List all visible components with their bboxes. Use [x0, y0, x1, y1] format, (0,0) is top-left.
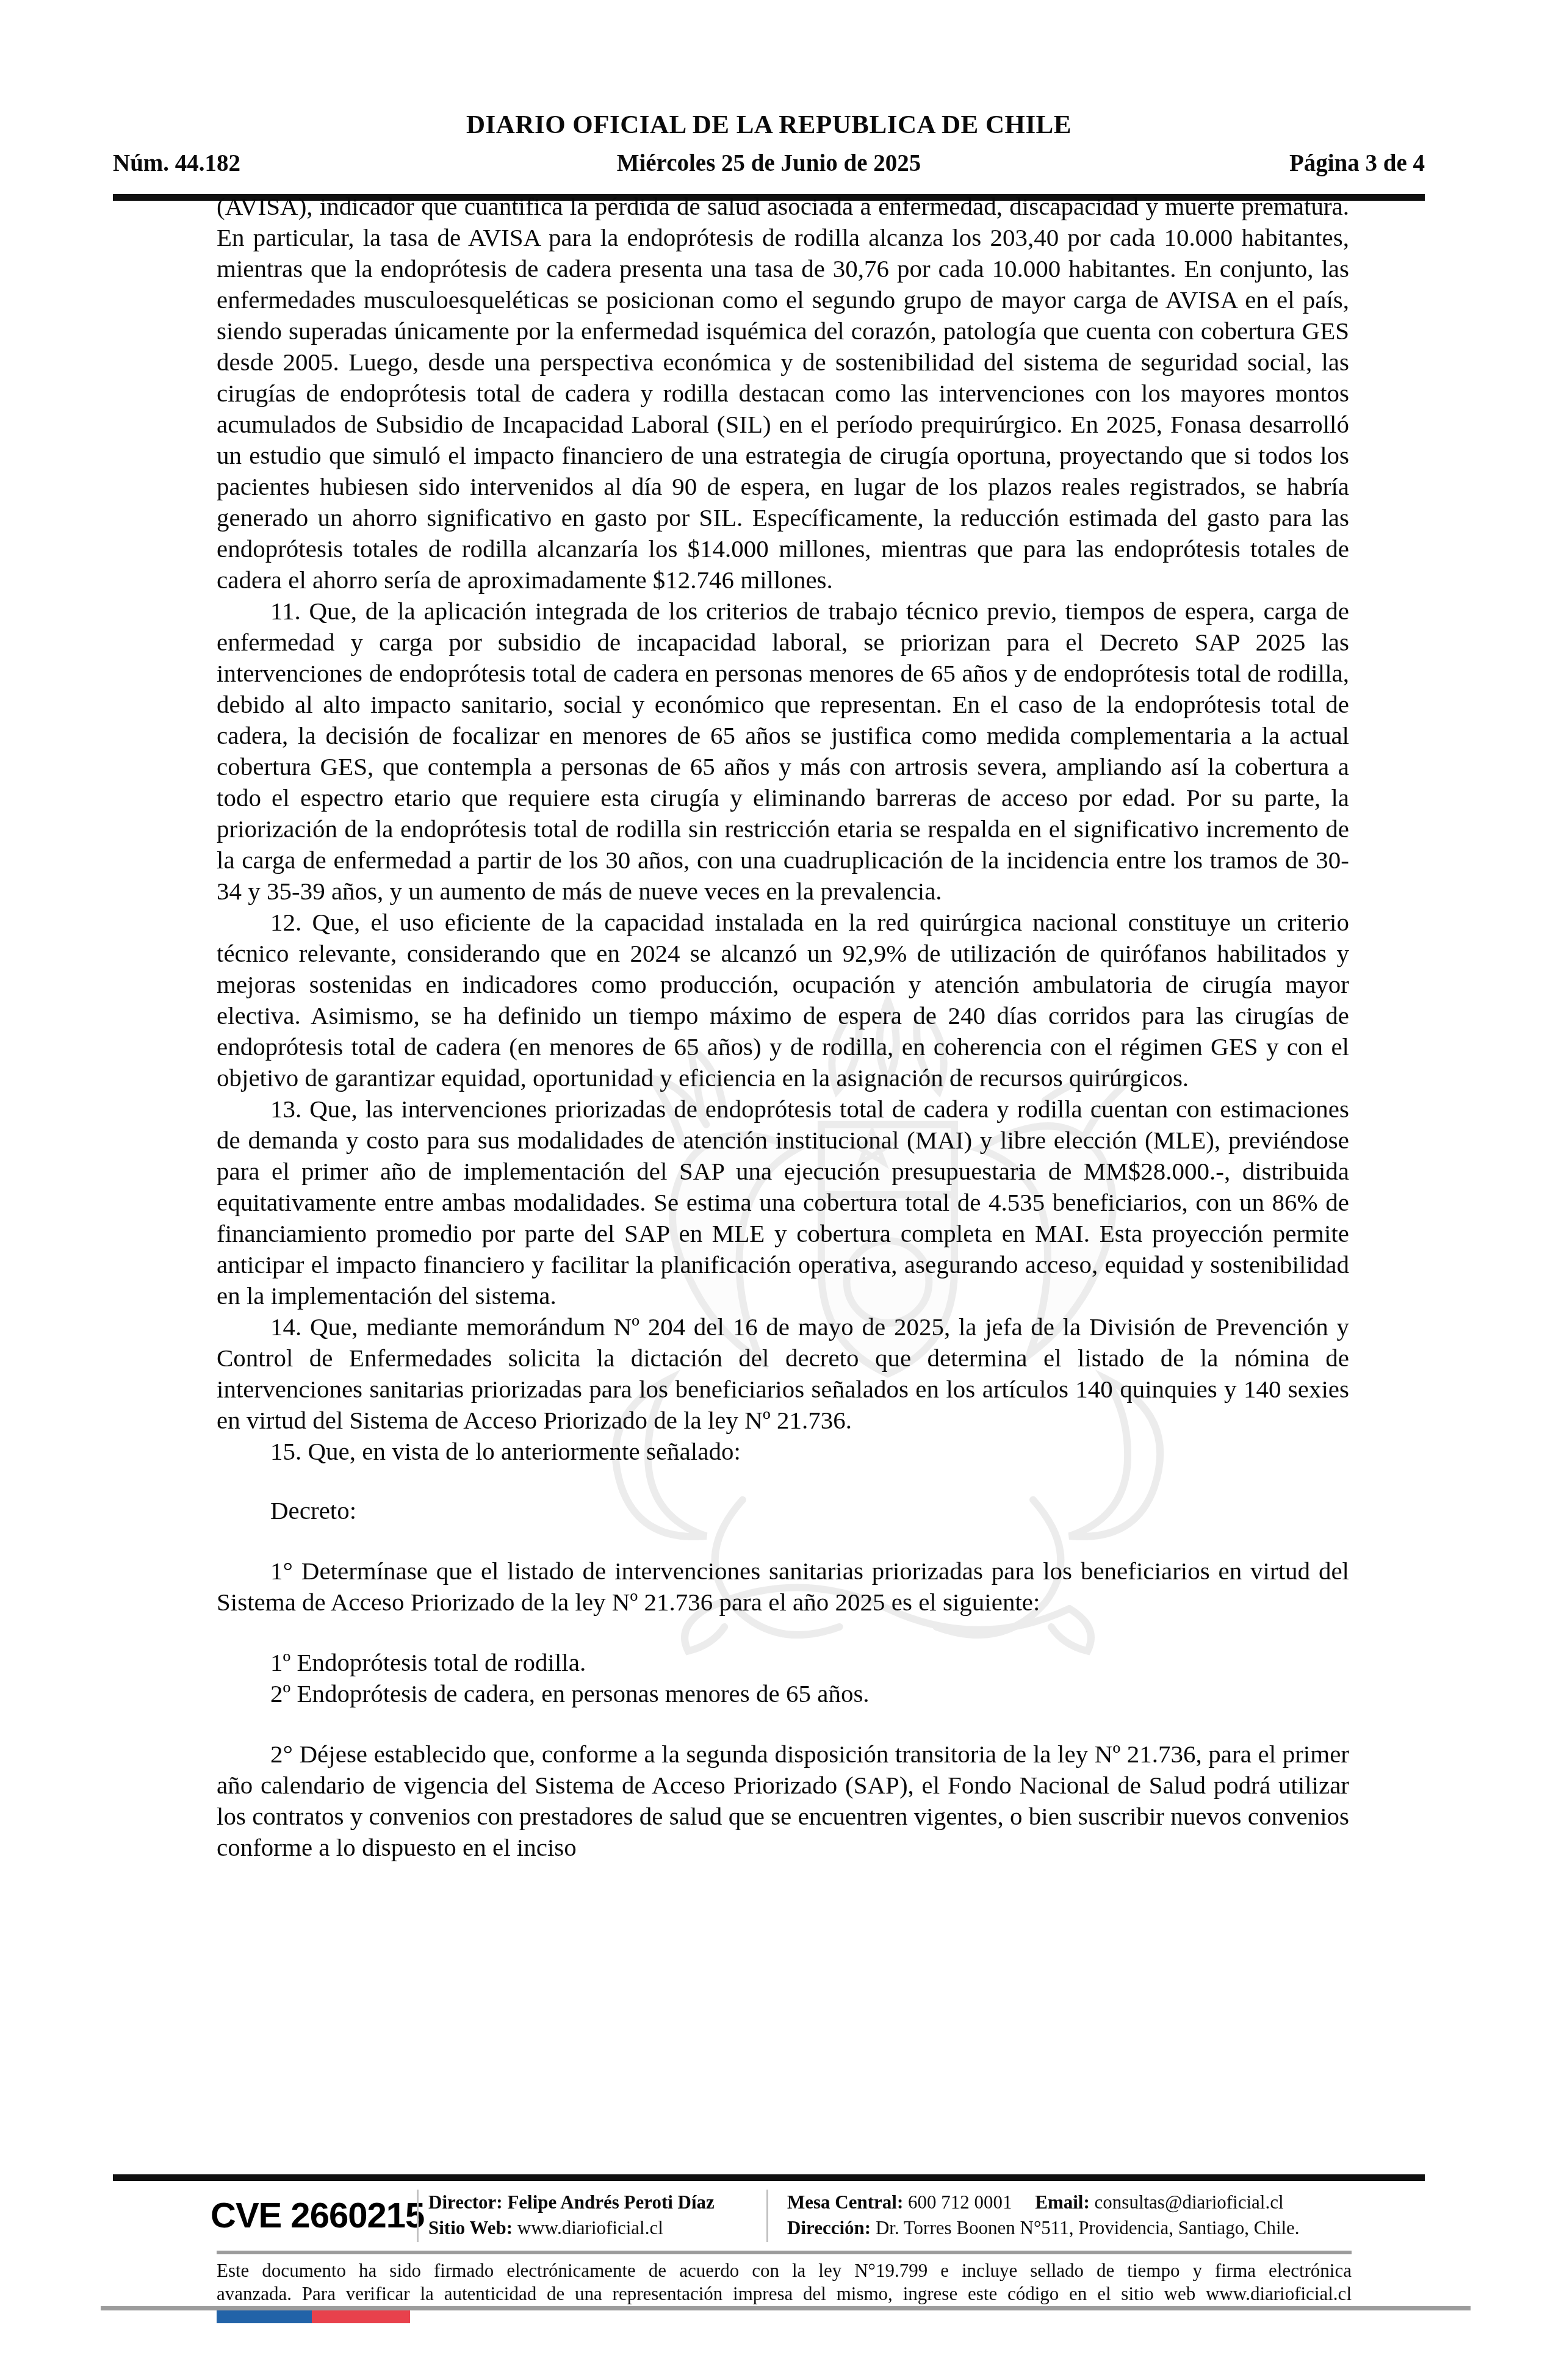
document-page: { "header": { "publication": "DIARIO OFI… [0, 0, 1556, 2380]
flag-red [312, 2310, 410, 2323]
page-indicator: Página 3 de 4 [1289, 150, 1425, 177]
paragraph-numbered: 13. Que, las intervenciones priorizadas … [217, 1094, 1349, 1311]
director-line: Director: Felipe Andrés Peroti Díaz [428, 2190, 715, 2215]
mesa-label: Mesa Central: [787, 2191, 903, 2213]
email-label: Email: [1035, 2191, 1090, 2213]
director-name: Felipe Andrés Peroti Díaz [507, 2191, 715, 2213]
paragraph-numbered: 11. Que, de la aplicación integrada de l… [217, 596, 1349, 907]
notice-line-2: avanzada. Para verificar la autenticidad… [217, 2282, 1352, 2306]
paragraph-decree: 2° Déjese establecido que, conforme a la… [217, 1739, 1349, 1863]
footer-rule [113, 2174, 1425, 2181]
direccion-value: Dr. Torres Boonen N°511, Providencia, Sa… [876, 2217, 1300, 2238]
sitio-url: www.diarioficial.cl [517, 2217, 663, 2238]
direccion-line: Dirección: Dr. Torres Boonen N°511, Prov… [787, 2215, 1300, 2241]
paragraph-heading: Decreto: [217, 1495, 1349, 1526]
footer-contact-block: Mesa Central: 600 712 0001 Email: consul… [787, 2190, 1300, 2241]
paragraph-numbered: 14. Que, mediante memorándum Nº 204 del … [217, 1311, 1349, 1436]
signature-notice: Este documento ha sido firmado electróni… [217, 2259, 1352, 2306]
mesa-line: Mesa Central: 600 712 0001 Email: consul… [787, 2190, 1300, 2215]
document-body: (AVISA), indicador que cuantifica la pér… [217, 191, 1349, 1863]
bottom-rule [101, 2306, 1471, 2310]
paragraph-continuation: (AVISA), indicador que cuantifica la pér… [217, 191, 1349, 596]
paragraph-numbered: 12. Que, el uso eficiente de la capacida… [217, 907, 1349, 1094]
email-address: consultas@diarioficial.cl [1095, 2191, 1284, 2213]
footer-divider-1 [417, 2190, 419, 2242]
paragraph-list-first: 1º Endoprótesis total de rodilla. [217, 1647, 1349, 1678]
footer-mid-rule [217, 2251, 1352, 2254]
direccion-label: Dirección: [787, 2217, 871, 2238]
chile-flag-mark [217, 2310, 410, 2323]
sitio-label: Sitio Web: [428, 2217, 513, 2238]
footer-divider-2 [766, 2190, 768, 2242]
director-label: Director: [428, 2191, 503, 2213]
footer-director-block: Director: Felipe Andrés Peroti Díaz Siti… [428, 2190, 715, 2241]
sitio-line: Sitio Web: www.diarioficial.cl [428, 2215, 715, 2241]
paragraph-numbered: 15. Que, en vista de lo anteriormente se… [217, 1436, 1349, 1467]
notice-line-1: Este documento ha sido firmado electróni… [217, 2259, 1352, 2282]
paragraph-list: 2º Endoprótesis de cadera, en personas m… [217, 1678, 1349, 1709]
flag-blue [217, 2310, 312, 2323]
issue-number: Núm. 44.182 [113, 150, 240, 177]
paragraph-decree: 1° Determínase que el listado de interve… [217, 1556, 1349, 1618]
masthead-title: DIARIO OFICIAL DE LA REPUBLICA DE CHILE [113, 110, 1425, 140]
mesa-phone: 600 712 0001 [908, 2191, 1012, 2213]
cve-code: CVE 2660215 [211, 2195, 424, 2236]
header-meta-row: Núm. 44.182 Miércoles 25 de Junio de 202… [113, 150, 1425, 180]
edition-date: Miércoles 25 de Junio de 2025 [617, 150, 921, 177]
